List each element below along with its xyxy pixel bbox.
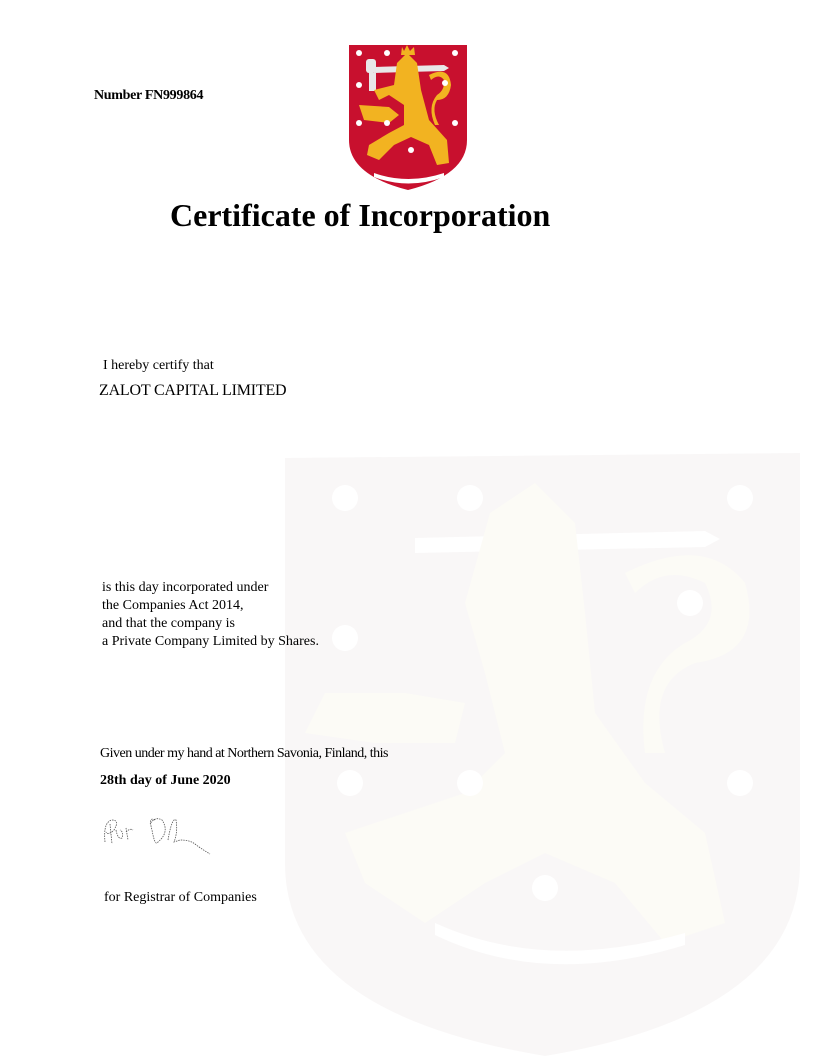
company-name: ZALOT CAPITAL LIMITED bbox=[99, 382, 286, 400]
issue-date: 28th day of June 2020 bbox=[100, 773, 231, 789]
given-line: Given under my hand at Northern Savonia,… bbox=[100, 746, 388, 762]
statement-line: is this day incorporated under bbox=[102, 579, 319, 597]
certificate-number: Number FN999864 bbox=[94, 88, 203, 104]
certificate-title: Certificate of Incorporation bbox=[170, 197, 550, 234]
statement-line: and that the company is bbox=[102, 615, 319, 633]
coat-of-arms-icon bbox=[349, 45, 467, 190]
statement-line: a Private Company Limited by Shares. bbox=[102, 633, 319, 651]
incorporation-statement: is this day incorporated under the Compa… bbox=[102, 579, 319, 651]
certify-intro: I hereby certify that bbox=[103, 358, 214, 374]
signature-icon bbox=[100, 812, 215, 857]
statement-line: the Companies Act 2014, bbox=[102, 597, 319, 615]
registrar-label: for Registrar of Companies bbox=[104, 890, 257, 906]
